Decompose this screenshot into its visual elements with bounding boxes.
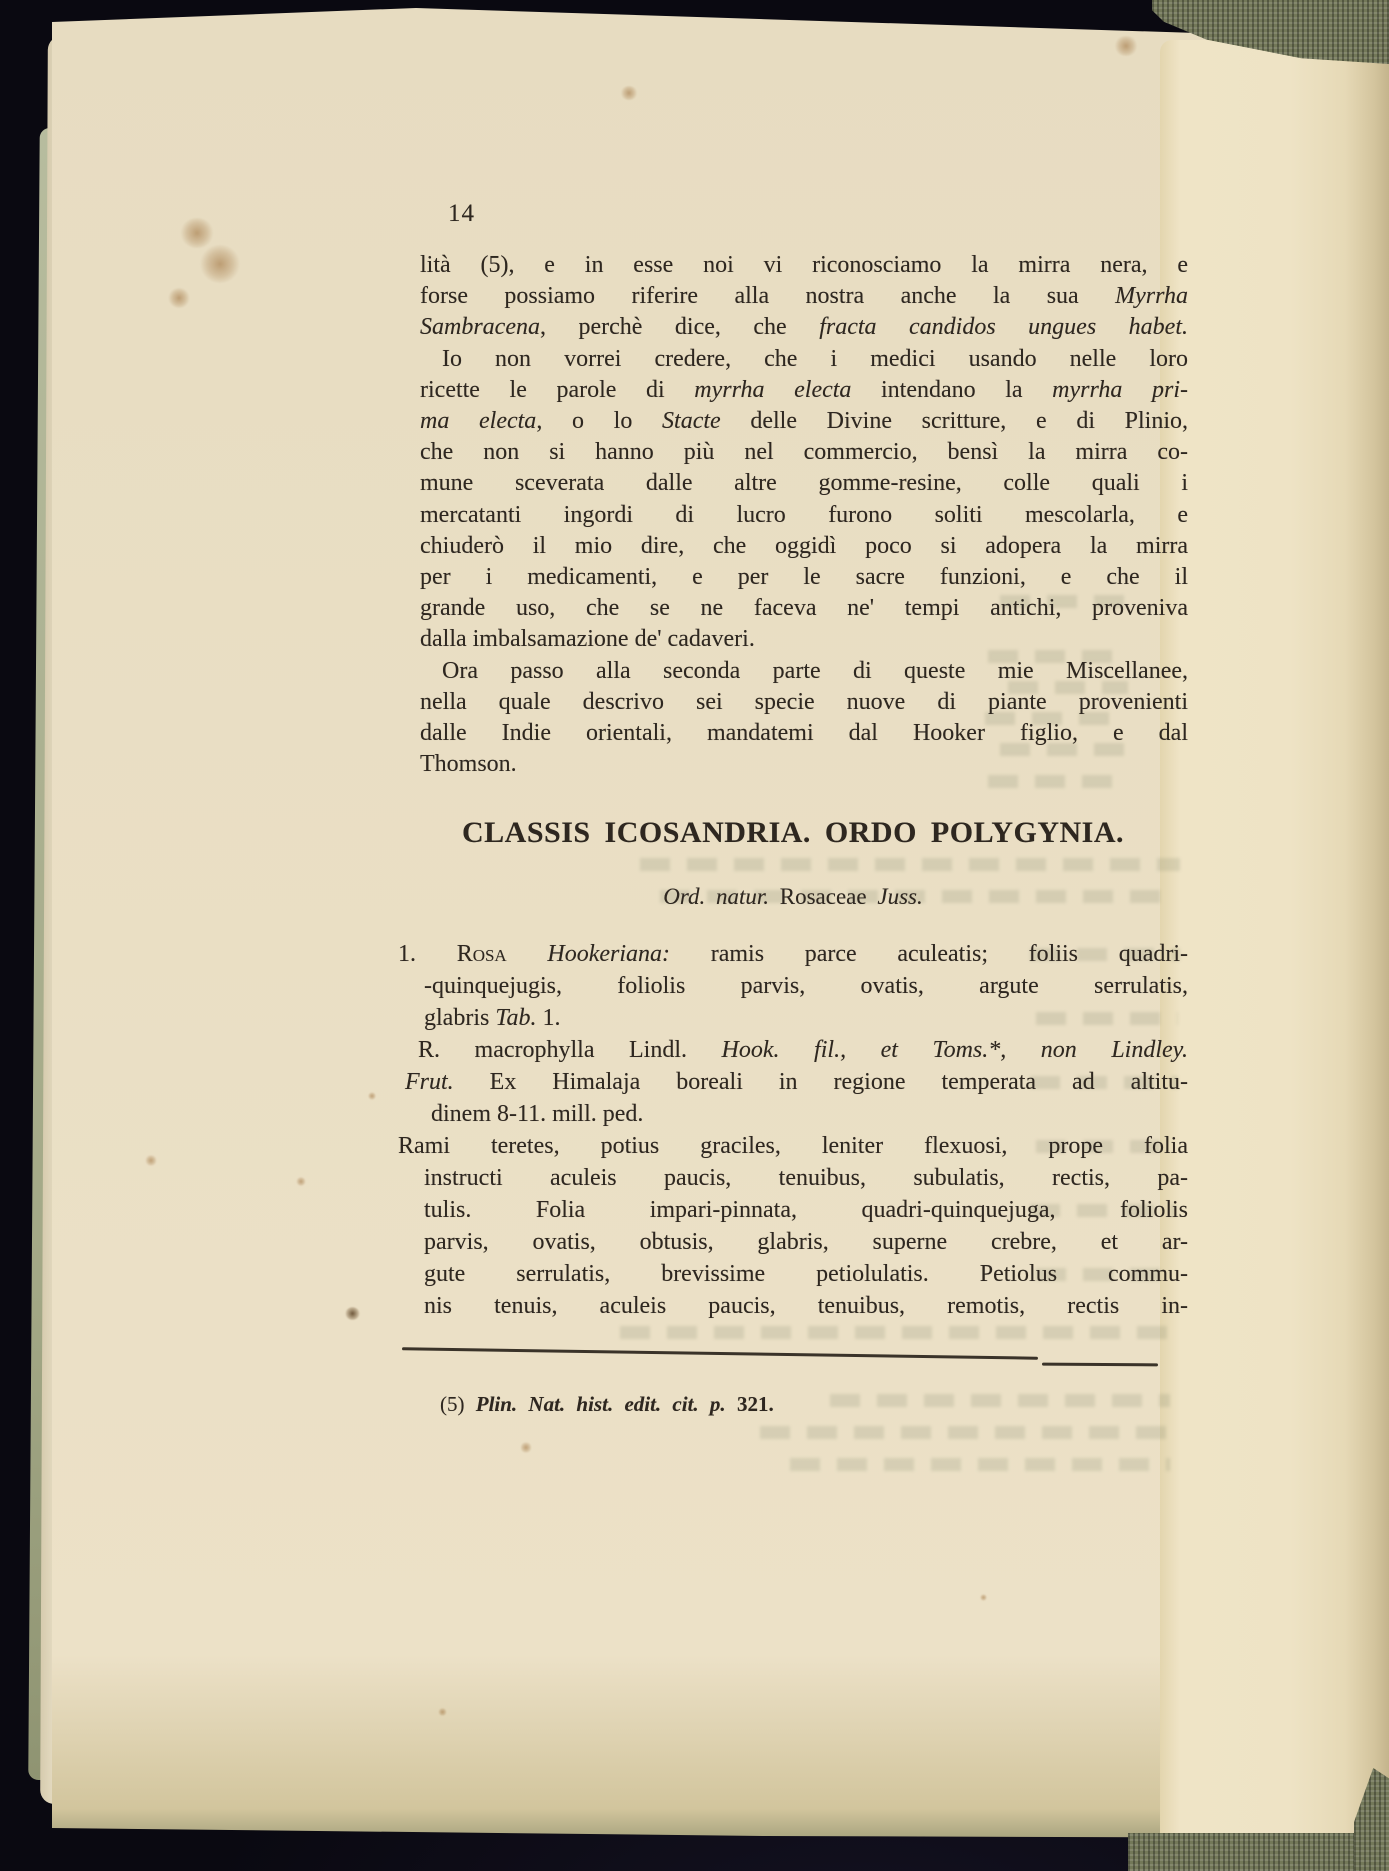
text-line: parvis, ovatis, obtusis, glabris, supern… <box>424 1226 1188 1258</box>
text-segment: gute serrulatis, brevissime petiolulatis… <box>424 1261 1188 1287</box>
text-line: Frut. Ex Himalaja boreali in regione tem… <box>405 1066 1188 1098</box>
text-segment: Tab. <box>495 1005 536 1031</box>
text-segment: ricette le parole di <box>420 377 694 403</box>
text-segment: instructi aculeis paucis, tenuibus, subu… <box>424 1165 1188 1191</box>
show-through-line <box>620 1326 1180 1339</box>
text-line: nella quale descrivo sei specie nuove di… <box>420 687 1188 718</box>
foxing-spot <box>980 1594 987 1601</box>
text-segment: Ord. natur. <box>663 884 769 909</box>
text-line: nis tenuis, aculeis paucis, tenuibus, re… <box>424 1290 1188 1322</box>
text-segment: Juss. <box>877 884 922 909</box>
foxing-spot <box>168 288 190 308</box>
foxing-spot <box>438 1708 447 1716</box>
text-segment: myrrha electa <box>694 377 851 403</box>
text-segment: dinem 8-11. mill. ped. <box>431 1101 643 1127</box>
foxing-spot <box>368 1092 376 1100</box>
text-segment: (5) <box>440 1392 476 1416</box>
text-segment: 1. <box>536 1005 560 1031</box>
text-segment: delle Divine scritture, e di Plinio, <box>721 408 1188 434</box>
text-segment <box>726 1392 737 1416</box>
foxing-spot <box>345 1307 360 1320</box>
paragraph: Ora passo alla seconda parte di queste m… <box>420 656 1188 781</box>
text-segment: Rosaceae <box>769 884 877 909</box>
text-segment: grande uso, che se ne faceva ne' tempi a… <box>420 595 1188 621</box>
text-segment: ma electa <box>420 408 536 434</box>
text-segment: fracta candidos ungues habet. <box>819 314 1188 340</box>
text-segment: Rosa <box>457 941 507 967</box>
text-segment: R. macrophylla Lindl. <box>418 1037 722 1063</box>
text-segment: dalle Indie orientali, mandatemi dal Hoo… <box>420 720 1188 746</box>
text-segment: nis tenuis, aculeis paucis, tenuibus, re… <box>424 1293 1188 1319</box>
show-through-line <box>760 1426 1170 1439</box>
text-segment: Myrrha <box>1115 283 1188 309</box>
text-segment: Thomson. <box>420 751 517 777</box>
text-segment: parvis, ovatis, obtusis, glabris, supern… <box>424 1229 1188 1255</box>
text-segment: -quinquejugis, foliolis parvis, ovatis, … <box>424 973 1188 999</box>
text-line: gute serrulatis, brevissime petiolulatis… <box>424 1258 1188 1290</box>
text-line: mune sceverata dalle altre gomme-resine,… <box>420 468 1188 499</box>
text-segment: mune sceverata dalle altre gomme-resine,… <box>420 470 1188 496</box>
foxing-spot <box>1114 36 1138 56</box>
text-line: grande uso, che se ne faceva ne' tempi a… <box>420 593 1188 624</box>
text-segment: Hook. fil., et Toms.*, non Lindley. <box>722 1037 1188 1063</box>
foxing-spot <box>180 218 214 248</box>
text-line: Thomson. <box>420 749 1188 780</box>
text-line: instructi aculeis paucis, tenuibus, subu… <box>424 1162 1188 1194</box>
text-line: Ora passo alla seconda parte di queste m… <box>420 656 1188 687</box>
text-line: tulis. Folia impari-pinnata, quadri-quin… <box>424 1194 1188 1226</box>
text-line: dalle Indie orientali, mandatemi dal Hoo… <box>420 718 1188 749</box>
text-line: R. macrophylla Lindl. Hook. fil., et Tom… <box>418 1034 1188 1066</box>
show-through-line <box>790 1458 1170 1471</box>
book-scan: 14 lità (5), e in esse noi vi riconoscia… <box>0 0 1389 1871</box>
text-segment: glabris <box>424 1005 495 1031</box>
text-segment: 1. <box>398 941 457 967</box>
text-line: -quinquejugis, foliolis parvis, ovatis, … <box>424 970 1188 1002</box>
text-line: dalla imbalsamazione de' cadaveri. <box>420 624 1188 655</box>
text-segment: Hookeriana: <box>547 941 670 967</box>
text-segment: Stacte <box>662 408 721 434</box>
text-segment: intendano la <box>851 377 1052 403</box>
text-segment: Io non vorrei credere, che i medici usan… <box>442 346 1188 372</box>
text-segment: mercatanti ingordi di lucro furono solit… <box>420 502 1188 528</box>
show-through-line <box>830 1394 1170 1407</box>
text-line: ricette le parole di myrrha electa inten… <box>420 375 1188 406</box>
text-segment: tulis. Folia impari-pinnata, quadri-quin… <box>424 1197 1188 1223</box>
text-line: Sambracena, perchè dice, che fracta cand… <box>420 312 1188 343</box>
text-segment: Frut. <box>405 1069 454 1095</box>
text-segment: Ex Himalaja boreali in regione temperata… <box>454 1069 1188 1095</box>
text-segment: ramis parce aculeatis; foliis quadri- <box>670 941 1188 967</box>
text-line: Io non vorrei credere, che i medici usan… <box>420 344 1188 375</box>
text-line: chiuderò il mio dire, che oggidì poco si… <box>420 531 1188 562</box>
text-line: Rami teretes, potius graciles, leniter f… <box>398 1130 1188 1162</box>
binding-cloth-bottom <box>1128 1833 1389 1871</box>
text-segment: Ora passo alla seconda parte di queste m… <box>442 658 1188 684</box>
species-entry: 1. Rosa Hookeriana: ramis parce aculeati… <box>398 938 1188 1322</box>
text-line: ma electa, o lo Stacte delle Divine scri… <box>420 406 1188 437</box>
section-heading: CLASSIS ICOSANDRIA. ORDO POLYGYNIA. <box>398 811 1188 855</box>
text-line: lità (5), e in esse noi vi riconosciamo … <box>420 250 1188 281</box>
section-subheading: Ord. natur. Rosaceae Juss. <box>398 882 1188 912</box>
text-segment: che non si hanno più nel commercio, bens… <box>420 439 1188 465</box>
text-segment <box>507 941 548 967</box>
text-column: lità (5), e in esse noi vi riconosciamo … <box>398 250 1188 1322</box>
text-segment: , perchè dice, che <box>540 314 819 340</box>
text-segment: nella quale descrivo sei specie nuove di… <box>420 689 1188 715</box>
text-segment: chiuderò il mio dire, che oggidì poco si… <box>420 533 1188 559</box>
text-line: glabris Tab. 1. <box>424 1002 1188 1034</box>
text-segment: forse possiamo riferire alla nostra anch… <box>420 283 1115 309</box>
text-segment: lità (5), e in esse noi vi riconosciamo … <box>420 252 1188 278</box>
foxing-spot <box>296 1177 306 1186</box>
text-segment: 321. <box>737 1392 774 1416</box>
text-line: che non si hanno più nel commercio, bens… <box>420 437 1188 468</box>
page-number: 14 <box>448 200 475 228</box>
foxing-spot <box>520 1442 532 1453</box>
foxing-spot <box>620 86 638 100</box>
foxing-spot <box>145 1155 157 1166</box>
paragraph: lità (5), e in esse noi vi riconosciamo … <box>420 250 1188 344</box>
text-line: dinem 8-11. mill. ped. <box>431 1098 1188 1130</box>
foxing-spot <box>200 245 240 283</box>
text-segment: Plin. Nat. hist. edit. cit. p. <box>476 1392 726 1416</box>
text-segment: myrrha pri- <box>1052 377 1188 403</box>
text-line: 1. Rosa Hookeriana: ramis parce aculeati… <box>398 938 1188 970</box>
text-segment: dalla imbalsamazione de' cadaveri. <box>420 626 755 652</box>
text-segment: Rami teretes, potius graciles, leniter f… <box>398 1133 1188 1159</box>
text-segment: per i medicamenti, e per le sacre funzio… <box>420 564 1188 590</box>
footnote: (5) Plin. Nat. hist. edit. cit. p. 321. <box>440 1392 774 1417</box>
text-segment: , o lo <box>536 408 662 434</box>
text-line: per i medicamenti, e per le sacre funzio… <box>420 562 1188 593</box>
paragraph: Io non vorrei credere, che i medici usan… <box>420 344 1188 656</box>
text-line: mercatanti ingordi di lucro furono solit… <box>420 500 1188 531</box>
text-line: forse possiamo riferire alla nostra anch… <box>420 281 1188 312</box>
text-segment: Sambracena <box>420 314 540 340</box>
